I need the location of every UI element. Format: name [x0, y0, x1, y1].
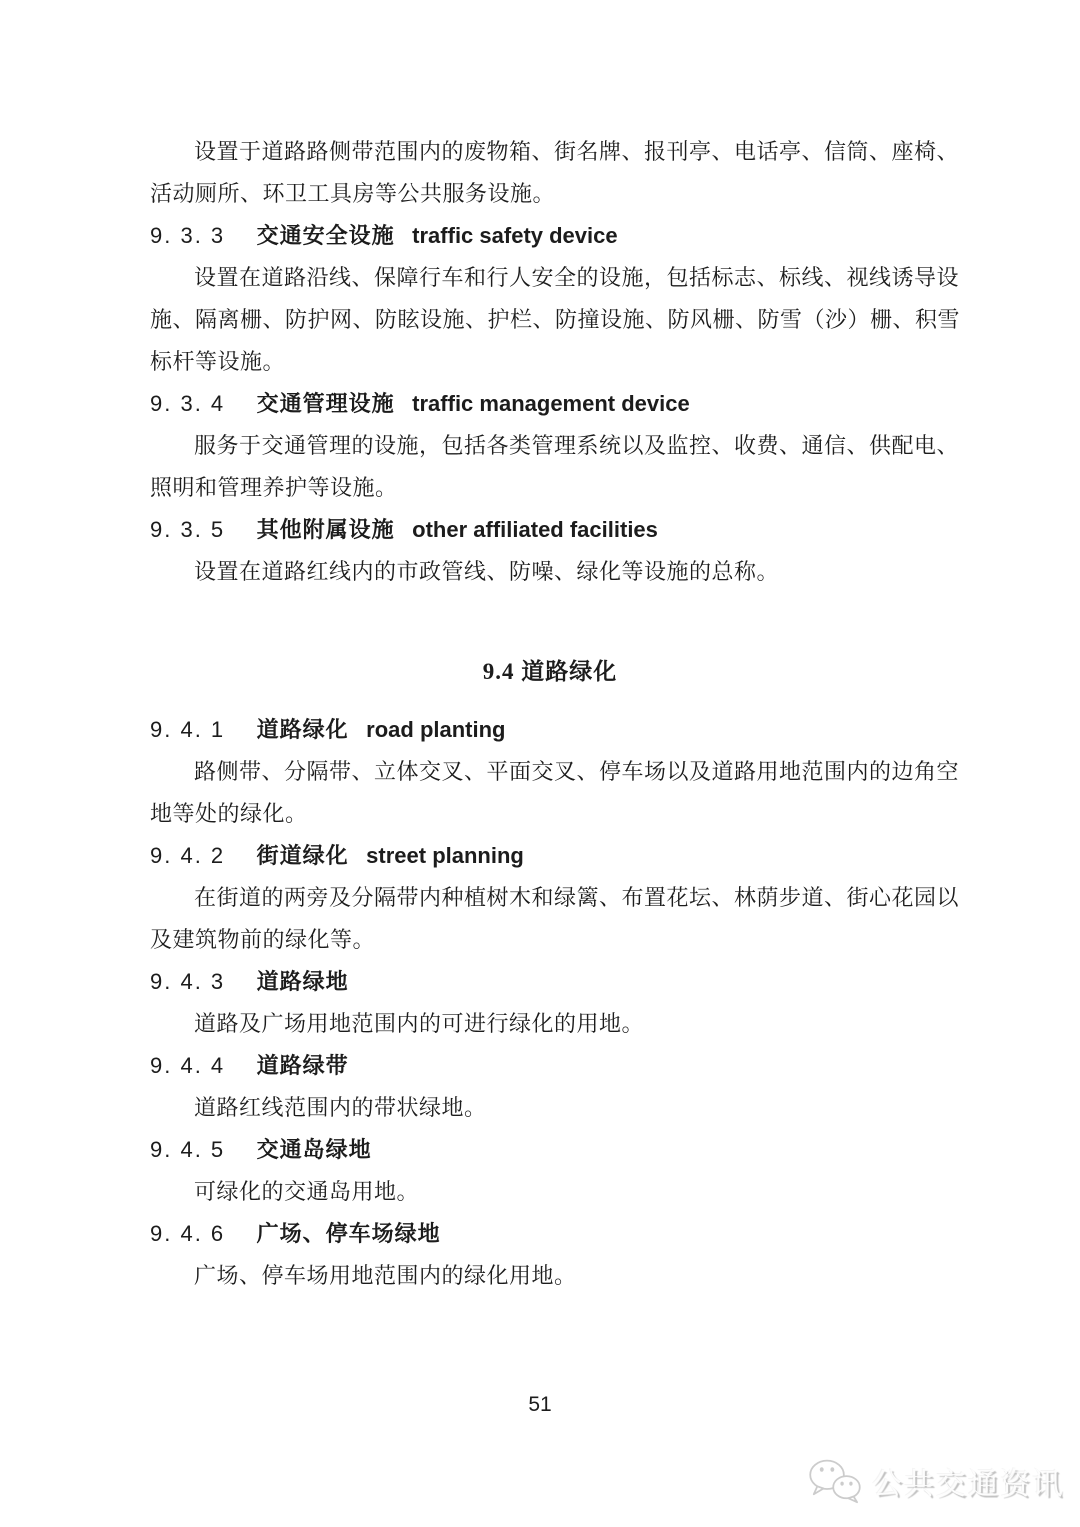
term-heading-9-4-2: 9. 4. 2 街道绿化 street planning	[150, 835, 950, 877]
paragraph: 路侧带、分隔带、立体交叉、平面交叉、停车场以及道路用地范围内的边角空 地等处的绿…	[150, 751, 950, 835]
watermark: 公共交通资讯	[806, 1458, 1064, 1504]
paragraph: 道路及广场用地范围内的可进行绿化的用地。	[150, 1003, 950, 1045]
section-heading-9-4: 9.4 道路绿化	[150, 651, 950, 693]
paragraph-line: 可绿化的交通岛用地。	[150, 1171, 950, 1213]
paragraph-line: 服务于交通管理的设施，包括各类管理系统以及监控、收费、通信、供配电、	[150, 425, 950, 467]
term-heading-9-3-4: 9. 3. 4 交通管理设施 traffic management device	[150, 383, 950, 425]
paragraph: 设置在道路红线内的市政管线、防噪、绿化等设施的总称。	[150, 551, 950, 593]
term-chinese: 交通安全设施	[257, 223, 395, 248]
term-english: other affiliated facilities	[412, 517, 658, 542]
paragraph-line: 设置在道路红线内的市政管线、防噪、绿化等设施的总称。	[150, 551, 950, 593]
term-heading-9-4-5: 9. 4. 5 交通岛绿地	[150, 1129, 950, 1171]
term-english: traffic management device	[412, 391, 690, 416]
term-heading-9-4-3: 9. 4. 3 道路绿地	[150, 961, 950, 1003]
paragraph-line: 道路及广场用地范围内的可进行绿化的用地。	[150, 1003, 950, 1045]
term-english: road planting	[366, 717, 505, 742]
paragraph-line: 路侧带、分隔带、立体交叉、平面交叉、停车场以及道路用地范围内的边角空	[150, 751, 950, 793]
term-number: 9. 4. 3	[150, 969, 225, 994]
paragraph-line: 设置在道路沿线、保障行车和行人安全的设施，包括标志、标线、视线诱导设	[150, 257, 950, 299]
paragraph: 广场、停车场用地范围内的绿化用地。	[150, 1255, 950, 1297]
term-chinese: 街道绿化	[257, 843, 349, 868]
term-heading-9-4-4: 9. 4. 4 道路绿带	[150, 1045, 950, 1087]
term-heading-9-4-6: 9. 4. 6 广场、停车场绿地	[150, 1213, 950, 1255]
term-chinese: 交通管理设施	[257, 391, 395, 416]
paragraph-line: 标杆等设施。	[150, 341, 950, 383]
paragraph: 设置于道路路侧带范围内的废物箱、街名牌、报刊亭、电话亭、信筒、座椅、 活动厕所、…	[150, 131, 950, 215]
paragraph-line: 施、隔离栅、防护网、防眩设施、护栏、防撞设施、防风栅、防雪（沙）栅、积雪	[150, 299, 950, 341]
paragraph: 可绿化的交通岛用地。	[150, 1171, 950, 1213]
watermark-label: 公共交通资讯	[872, 1459, 1064, 1503]
term-number: 9. 4. 5	[150, 1137, 225, 1162]
term-chinese: 道路绿地	[257, 969, 349, 994]
term-english: street planning	[366, 843, 524, 868]
paragraph-line: 照明和管理养护等设施。	[150, 467, 950, 509]
paragraph-line: 在街道的两旁及分隔带内种植树木和绿篱、布置花坛、林荫步道、街心花园以	[150, 877, 950, 919]
paragraph: 在街道的两旁及分隔带内种植树木和绿篱、布置花坛、林荫步道、街心花园以 及建筑物前…	[150, 877, 950, 961]
term-number: 9. 3. 5	[150, 517, 225, 542]
paragraph: 道路红线范围内的带状绿地。	[150, 1087, 950, 1129]
term-number: 9. 3. 3	[150, 223, 225, 248]
paragraph-line: 广场、停车场用地范围内的绿化用地。	[150, 1255, 950, 1297]
paragraph: 服务于交通管理的设施，包括各类管理系统以及监控、收费、通信、供配电、 照明和管理…	[150, 425, 950, 509]
term-english: traffic safety device	[412, 223, 617, 248]
term-chinese: 广场、停车场绿地	[257, 1221, 441, 1246]
term-heading-9-4-1: 9. 4. 1 道路绿化 road planting	[150, 709, 950, 751]
paragraph-line: 地等处的绿化。	[150, 793, 950, 835]
term-number: 9. 4. 4	[150, 1053, 225, 1078]
term-number: 9. 4. 2	[150, 843, 225, 868]
term-heading-9-3-3: 9. 3. 3 交通安全设施 traffic safety device	[150, 215, 950, 257]
page-number: 51	[0, 1393, 1080, 1417]
wechat-icon	[806, 1458, 864, 1504]
paragraph-line: 活动厕所、环卫工具房等公共服务设施。	[150, 173, 950, 215]
paragraph-line: 设置于道路路侧带范围内的废物箱、街名牌、报刊亭、电话亭、信筒、座椅、	[150, 131, 950, 173]
paragraph: 设置在道路沿线、保障行车和行人安全的设施，包括标志、标线、视线诱导设 施、隔离栅…	[150, 257, 950, 383]
paragraph-line: 道路红线范围内的带状绿地。	[150, 1087, 950, 1129]
document-page: 设置于道路路侧带范围内的废物箱、街名牌、报刊亭、电话亭、信筒、座椅、 活动厕所、…	[0, 0, 1080, 1527]
term-chinese: 交通岛绿地	[257, 1137, 372, 1162]
term-heading-9-3-5: 9. 3. 5 其他附属设施 other affiliated faciliti…	[150, 509, 950, 551]
document-content: 设置于道路路侧带范围内的废物箱、街名牌、报刊亭、电话亭、信筒、座椅、 活动厕所、…	[150, 131, 950, 1297]
term-chinese: 其他附属设施	[257, 517, 395, 542]
term-number: 9. 3. 4	[150, 391, 225, 416]
term-chinese: 道路绿带	[257, 1053, 349, 1078]
term-number: 9. 4. 1	[150, 717, 225, 742]
term-number: 9. 4. 6	[150, 1221, 225, 1246]
paragraph-line: 及建筑物前的绿化等。	[150, 919, 950, 961]
term-chinese: 道路绿化	[257, 717, 349, 742]
